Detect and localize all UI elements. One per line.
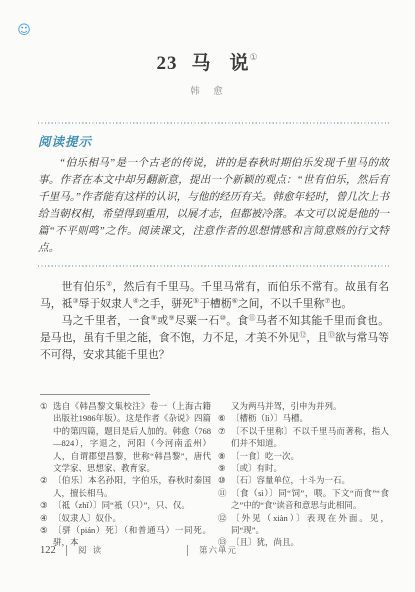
reading-hint-box: 阅读提示 “伯乐相马”是一个古老的传说，讲的是春秋时期伯乐发现千里马的故事。作者… [38,122,389,267]
footnote-marker: ① [40,400,48,412]
footnote-marker: ② [40,474,48,486]
footnote-ref: ⑨ [168,314,175,322]
footnote-text: 〔外见（xiàn）〕表现在外面。见，同“现”。 [231,513,389,535]
footnote-ref: ⑤ [193,297,199,305]
footnote-marker: ⑤ [40,524,48,536]
footnote-item: ④〔奴隶人〕奴仆。 [40,512,211,524]
lesson-title-text: 马 说 [191,53,248,74]
footnote-separator [40,394,150,395]
footnote-item: ⑫〔外见（xiàn）〕表现在外面。见，同“现”。 [218,512,389,537]
footnote-ref: ⑬ [328,331,335,339]
footnote-marker: ⑥ [218,412,226,424]
footnotes-area: ①选自《韩昌黎文集校注》卷一（上海古籍出版社1986年版）。这是作者《杂说》四篇… [40,400,390,549]
footnote-ref: ⑥ [232,297,238,305]
lesson-body: 世有伯乐②，然后有千里马。千里马常有，而伯乐不常有。故虽有名马，祗③辱于奴隶人④… [40,279,389,364]
footnote-item: ⑩〔石〕容量单位，十斗为一石。 [218,474,389,486]
footnote-item: 又为两马并驾，引申为并列。 [218,400,389,412]
footnote-text: 〔食（sì）〕同“饲”，喂。下文“而食”“食之”中的“食”读音和意思与此相同。 [231,488,389,510]
footnotes-left-column: ①选自《韩昌黎文集校注》卷一（上海古籍出版社1986年版）。这是作者《杂说》四篇… [40,400,211,549]
footnote-text: 〔石〕容量单位，十斗为一石。 [231,475,350,485]
footnote-item: ⑧〔一食〕吃一次。 [218,450,389,462]
footnote-text: 〔或〕有时。 [231,463,282,473]
title-footnote-ref: ① [249,52,258,62]
footnote-marker: ⑨ [218,462,226,474]
footnote-ref: ④ [133,297,139,305]
footnote-item: ⑨〔或〕有时。 [218,462,389,474]
footnote-ref: ⑦ [324,297,330,305]
footnote-item: ⑪〔食（sì）〕同“饲”，喂。下文“而食”“食之”中的“食”读音和意思与此相同。 [218,487,389,512]
footnote-text: 〔一食〕吃一次。 [231,451,299,461]
footnote-text: 又为两马并驾，引申为并列。 [231,401,342,411]
footnote-item: ②〔伯乐〕本名孙阳，字伯乐，春秋时秦国人，擅长相马。 [40,474,211,499]
reading-hint-heading: 阅读提示 [38,132,389,150]
reading-hint-text: “伯乐相马”是一个古老的传说，讲的是春秋时期伯乐发现千里马的故事。作者在本文中却… [38,156,389,257]
footnote-ref: ② [106,280,113,288]
audio-icon[interactable]: ☺ [17,24,31,38]
footnote-text: 〔不以千里称〕不以千里马而著称，指人们并不知道。 [231,426,389,448]
footnote-item: ⑥〔槽枥（lì）〕马槽。 [218,412,389,424]
dotted-divider-top [38,122,389,124]
footnote-text: 〔祗（zhǐ）〕同“衹（只）”，只、仅。 [53,500,190,510]
footnotes-right-column: 又为两马并驾，引申为并列。⑥〔槽枥（lì）〕马槽。⑦〔不以千里称〕不以千里马而著… [218,400,389,549]
footer-section-label: 阅 读 [67,544,187,556]
footnote-marker: ⑦ [218,425,226,437]
footnote-text: 〔奴隶人〕奴仆。 [53,513,121,523]
footnote-marker: ⑪ [218,487,227,499]
footnote-item: ⑦〔不以千里称〕不以千里马而著称，指人们并不知道。 [218,425,389,450]
footnote-text: 选自《韩昌黎文集校注》卷一（上海古籍出版社1986年版）。这是作者《杂说》四篇中… [53,401,211,473]
footnote-marker: ⑫ [218,512,227,524]
footnote-ref: ⑫ [299,331,306,339]
footer-unit-label: 第六单元 [188,544,237,556]
footnote-ref: ⑩ [220,314,227,322]
lesson-paragraph-2: 马之千里者，一食⑧或⑨尽粟一石⑩。食⑪马者不知其能千里而食也。是马也，虽有千里之… [40,313,389,364]
footnote-ref: ⑧ [151,314,158,322]
lesson-paragraph-1: 世有伯乐②，然后有千里马。千里马常有，而伯乐不常有。故虽有名马，祗③辱于奴隶人④… [40,279,389,313]
lesson-title: 23马 说① [0,48,415,75]
footnote-ref: ⑪ [248,314,255,322]
footnote-marker: ⑧ [218,450,226,462]
footnote-text: 〔伯乐〕本名孙阳，字伯乐，春秋时秦国人，擅长相马。 [53,475,211,497]
textbook-page: ☺ 23马 说① 韩 愈 阅读提示 “伯乐相马”是一个古老的传说，讲的是春秋时期… [0,0,415,592]
page-footer: 122 阅 读 第六单元 [40,544,380,556]
footnote-marker: ⑩ [218,474,226,486]
author-name: 韩 愈 [0,83,415,97]
footnote-item: ③〔祗（zhǐ）〕同“衹（只）”，只、仅。 [40,499,211,511]
footnote-item: ①选自《韩昌黎文集校注》卷一（上海古籍出版社1986年版）。这是作者《杂说》四篇… [40,400,211,474]
footnote-text: 〔槽枥（lì）〕马槽。 [231,413,308,423]
page-number: 122 [40,545,66,556]
footnote-marker: ④ [40,512,48,524]
footnote-marker: ③ [40,499,48,511]
footnote-ref: ③ [72,297,78,305]
lesson-number: 23 [156,53,177,74]
dotted-divider-bottom [38,265,389,267]
